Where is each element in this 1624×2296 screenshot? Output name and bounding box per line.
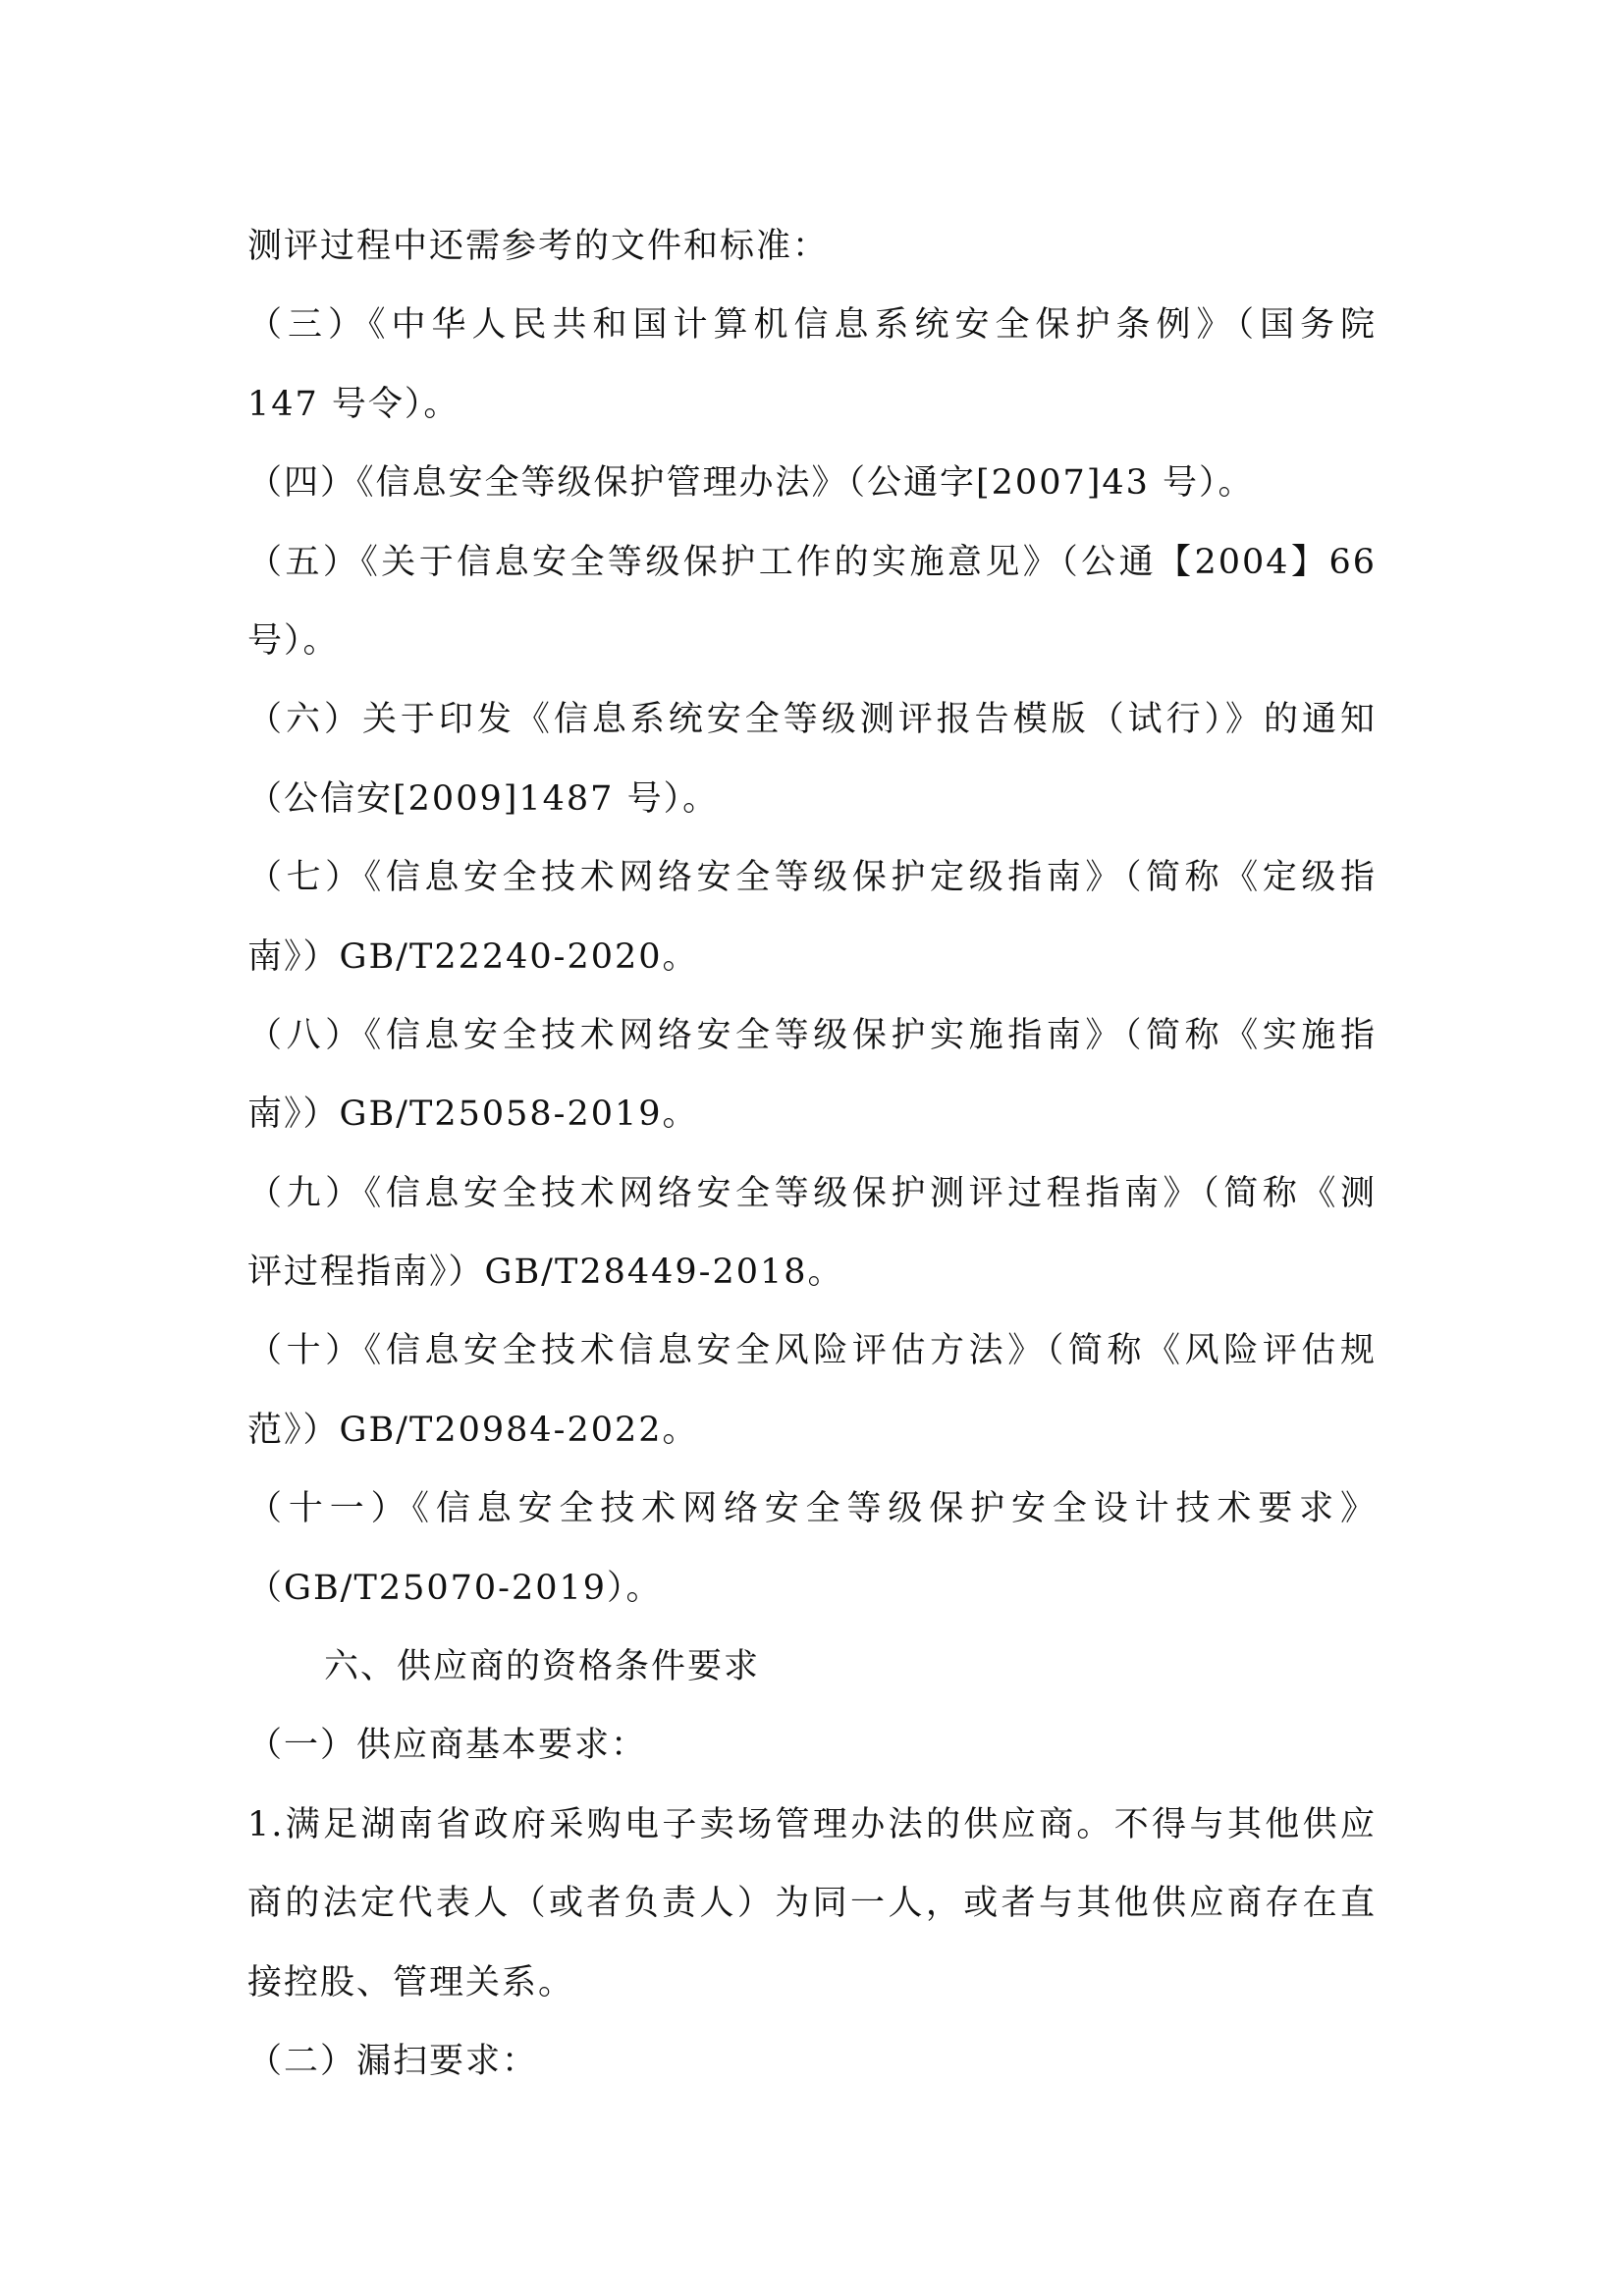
reference-item-8: （八）《信息安全技术网络安全等级保护实施指南》（简称《实施指 (247, 996, 1377, 1075)
reference-item-4: （四）《信息安全等级保护管理办法》（公通字[2007]43 号）。 (247, 444, 1377, 522)
reference-item-10: （十）《信息安全技术信息安全风险评估方法》（简称《风险评估规 (247, 1311, 1377, 1390)
reference-item-8-cont: 南》）GB/T25058-2019。 (247, 1075, 1377, 1153)
reference-item-3: （三）《中华人民共和国计算机信息系统安全保护条例》（国务院 (247, 286, 1377, 364)
reference-item-7-cont: 南》）GB/T22240-2020。 (247, 918, 1377, 996)
requirement-item-1: 1.满足湖南省政府采购电子卖场管理办法的供应商。不得与其他供应 (247, 1786, 1377, 1864)
reference-item-6-cont: （公信安[2009]1487 号）。 (247, 760, 1377, 838)
section-heading-6: 六、供应商的资格条件要求 (247, 1628, 1377, 1706)
reference-item-9-cont: 评过程指南》）GB/T28449-2018。 (247, 1233, 1377, 1311)
reference-item-6: （六）关于印发《信息系统安全等级测评报告模版（试行）》的通知 (247, 680, 1377, 759)
subsection-heading-2: （二）漏扫要求： (247, 2022, 1377, 2101)
requirement-item-1-cont: 商的法定代表人（或者负责人）为同一人，或者与其他供应商存在直 (247, 1864, 1377, 1943)
requirement-item-1-end: 接控股、管理关系。 (247, 1944, 1377, 2022)
reference-item-11-cont: （GB/T25070-2019）。 (247, 1549, 1377, 1628)
reference-item-5-cont: 号）。 (247, 602, 1377, 680)
reference-item-10-cont: 范》）GB/T20984-2022。 (247, 1391, 1377, 1469)
intro-line: 测评过程中还需参考的文件和标准： (247, 207, 1377, 286)
reference-item-7: （七）《信息安全技术网络安全等级保护定级指南》（简称《定级指 (247, 838, 1377, 917)
subsection-heading-1: （一）供应商基本要求： (247, 1706, 1377, 1785)
reference-item-5: （五）《关于信息安全等级保护工作的实施意见》（公通【2004】66 (247, 523, 1377, 602)
document-body: 测评过程中还需参考的文件和标准： （三）《中华人民共和国计算机信息系统安全保护条… (247, 207, 1377, 2101)
document-page: 测评过程中还需参考的文件和标准： （三）《中华人民共和国计算机信息系统安全保护条… (0, 0, 1624, 2296)
reference-item-9: （九）《信息安全技术网络安全等级保护测评过程指南》（简称《测 (247, 1154, 1377, 1233)
reference-item-3-cont: 147 号令）。 (247, 365, 1377, 444)
reference-item-11: （十一）《信息安全技术网络安全等级保护安全设计技术要求》 (247, 1469, 1377, 1548)
